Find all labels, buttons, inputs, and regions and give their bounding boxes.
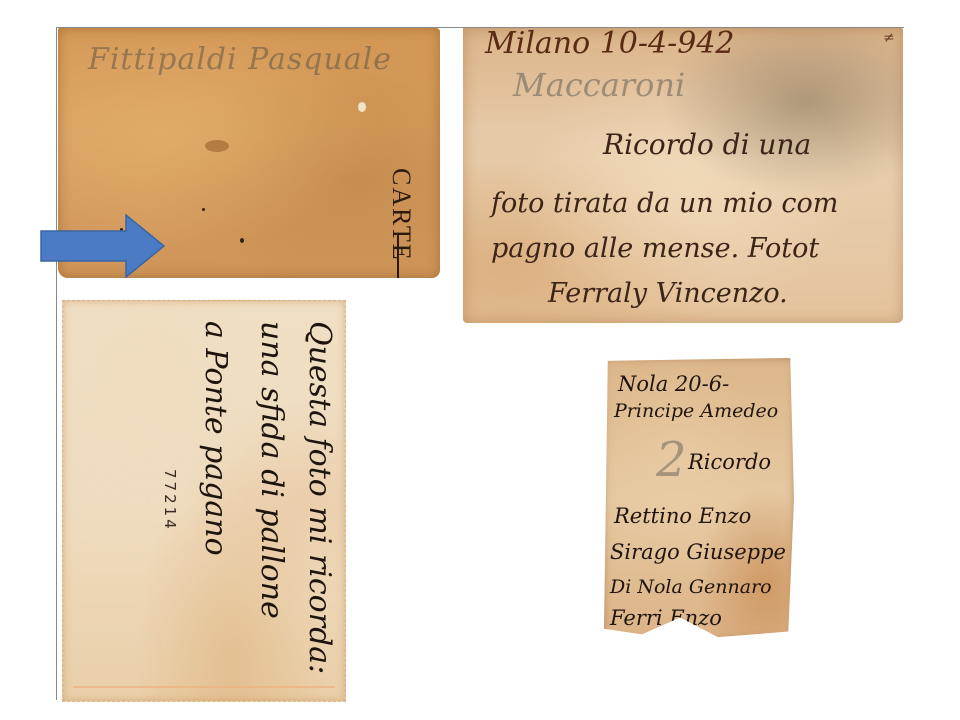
right-arrow-icon	[40, 214, 165, 278]
handwritten-line-3: Ricordo	[688, 450, 771, 474]
photo-back-bottom-right: 2 Nola 20-6- Principe Amedeo Ricordo Ret…	[604, 358, 794, 640]
handwritten-line-5: Sirago Giuseppe	[610, 540, 786, 564]
handwritten-line-2: una sfida di pallone	[254, 321, 289, 619]
slide-border-left	[56, 28, 57, 700]
handwritten-line-1: Milano 10-4-942	[485, 28, 735, 61]
stain-line	[73, 686, 335, 688]
stain-light	[358, 102, 366, 112]
handwritten-line-3: Ricordo di una	[603, 128, 811, 161]
corner-mark: ≠	[883, 30, 895, 46]
pencil-mark: 2	[656, 432, 687, 488]
handwritten-line-5: pagno alle mense. Fotot	[491, 233, 819, 264]
pencil-name-text: Fittipaldi Pasquale	[88, 42, 392, 77]
printed-carte-text: CARTE	[386, 168, 416, 262]
handwritten-line-4: Rettino Enzo	[614, 504, 751, 528]
photo-number: 77214	[161, 469, 179, 532]
handwritten-line-2: Principe Amedeo	[614, 400, 778, 422]
handwritten-line-1: Nola 20-6-	[618, 372, 729, 396]
photo-back-bottom-left: Questa foto mi ricorda: una sfida di pal…	[62, 300, 346, 702]
speck	[202, 208, 205, 211]
photo-back-top-right: Milano 10-4-942 Maccaroni Ricordo di una…	[463, 28, 903, 323]
handwritten-line-4: foto tirata da un mio com	[491, 188, 838, 219]
stain	[205, 140, 229, 152]
pencil-line: Maccaroni	[513, 66, 685, 104]
handwritten-line-6: Di Nola Gennaro	[610, 576, 772, 598]
speck	[240, 238, 244, 243]
handwritten-line-3: a Ponte pagano	[198, 321, 233, 556]
handwritten-line-1: Questa foto mi ricorda:	[302, 321, 337, 674]
handwritten-line-6: Ferraly Vincenzo.	[548, 278, 788, 309]
postcard-divider-line	[397, 233, 399, 278]
handwritten-line-7: Ferri Enzo	[610, 606, 722, 630]
